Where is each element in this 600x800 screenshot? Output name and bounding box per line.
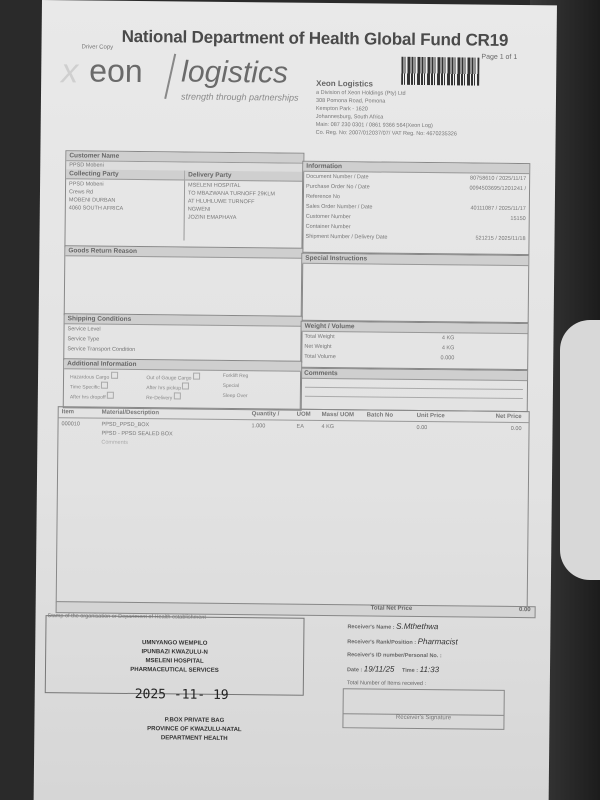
receiver-rank-field[interactable]: Receiver's Rank/Position : Pharmacist: [347, 634, 458, 650]
document-title: National Department of Health Global Fun…: [122, 27, 509, 51]
logo-prefix: x: [61, 52, 78, 91]
logo-divider: [164, 54, 176, 99]
option-after-hrs-pickup[interactable]: After hrs pickup: [146, 382, 218, 392]
stamp-footer: P.BOX PRIVATE BAG PROVINCE OF KWAZULU-NA…: [114, 716, 274, 745]
logo-secondary: logistics: [181, 55, 288, 90]
delivery-line: JOZINI EMAPHAYA: [188, 214, 300, 223]
option-time-specific[interactable]: Time Specific: [70, 381, 142, 391]
special-instructions-section: Special Instructions: [301, 253, 530, 323]
option-forklift[interactable]: Forklift Reg: [223, 373, 295, 383]
delivery-party: Delivery Party MSELENI HOSPITAL TO MBAZW…: [184, 171, 303, 242]
comments-section: Comments: [300, 368, 528, 412]
customer-section: Customer Name PPSD Mobeni Collecting Par…: [64, 150, 304, 249]
goods-return-section: Goods Return Reason: [64, 245, 304, 317]
company-address: Xeon Logistics a Division of Xeon Holdin…: [316, 79, 458, 138]
collecting-party: Collecting Party PPSD Mobeni Crews Rd MO…: [65, 169, 185, 240]
stamp-box: UMNYANGO WEMPILO IPUNBAZI KWAZULU-N MSEL…: [45, 615, 305, 696]
weight-section: Weight / Volume Total Weight4 KG Net Wei…: [300, 321, 528, 370]
information-section: Information Document Number / Date807586…: [301, 161, 530, 255]
copy-label: Driver Copy: [81, 44, 113, 50]
receiver-name-field[interactable]: Receiver's Name : S.Mthethwa: [347, 619, 458, 635]
weight-row: Total Volume0.000: [301, 352, 527, 364]
collecting-line: 4060 SOUTH AFRICA: [69, 204, 181, 213]
hand-holding-paper: [560, 320, 600, 580]
stamp-date: 2025 -11- 19: [135, 687, 229, 703]
option-out-of-gauge[interactable]: Out of Gauge Cargo: [146, 372, 218, 382]
info-row: Shipment Number / Delivery Date521215 / …: [302, 232, 528, 244]
page-indicator: Page 1 of 1: [481, 54, 517, 61]
goods-return-header: Goods Return Reason: [65, 246, 302, 258]
receiver-id-field[interactable]: Receiver's ID number/Personal No. :: [347, 649, 458, 663]
option-special[interactable]: Special: [223, 383, 295, 393]
additional-info-section: Additional Information Hazardous Cargo O…: [63, 358, 303, 411]
items-table: ItemMaterial/DescriptionQuantity /UOMMas…: [56, 406, 530, 608]
option-redelivery[interactable]: Re-Delivery: [146, 392, 218, 402]
signature-box[interactable]: Receiver's Signature: [342, 688, 504, 730]
option-after-hrs-dropoff[interactable]: After hrs dropoff: [70, 391, 142, 401]
table-row: 000010 PPSD_PPSD_BOXPPSD - PPSD SEALED B…: [58, 418, 528, 454]
delivery-note-document: Driver Copy National Department of Healt…: [34, 0, 557, 800]
shipping-row: Service Transport Condition: [64, 344, 301, 356]
shipping-section: Shipping Conditions Service Level Servic…: [63, 313, 302, 363]
stamp-line: PHARMACEUTICAL SERVICES: [46, 665, 303, 677]
option-hazardous[interactable]: Hazardous Cargo: [70, 371, 142, 381]
special-instructions-header: Special Instructions: [302, 254, 528, 266]
logo-tagline: strength through partnerships: [181, 91, 299, 102]
receiver-section: Receiver's Name : S.Mthethwa Receiver's …: [347, 619, 458, 691]
receiver-date-time[interactable]: Date : 19/11/25 Time : 11:33: [347, 662, 458, 678]
address-line: Co. Reg. No: 2007/012037/07/ VAT Reg. No…: [316, 129, 457, 138]
option-sleep-over[interactable]: Sleep Over: [222, 393, 294, 403]
comments-header: Comments: [301, 369, 527, 381]
logo-primary: eon: [89, 52, 143, 90]
signature-label: Receiver's Signature: [343, 714, 503, 722]
